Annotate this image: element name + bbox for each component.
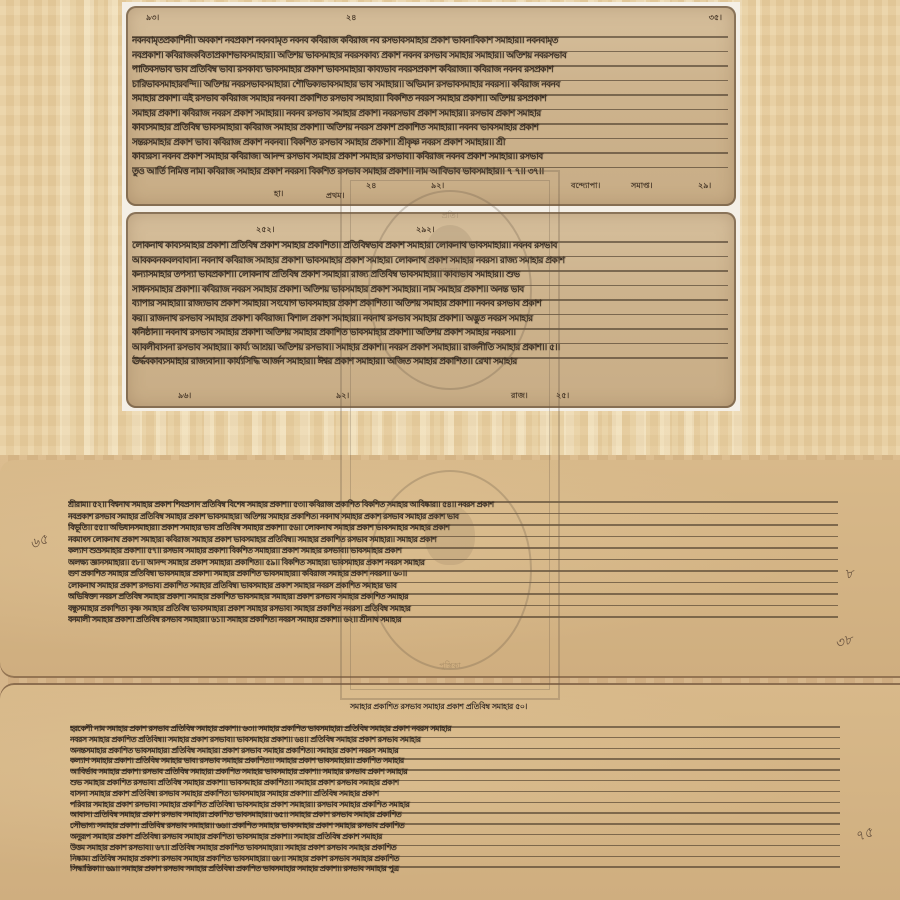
text-line: চারিভাবসমাহারবন্দি।। অতিশয় নবরসভাবসমাহা… bbox=[132, 77, 728, 92]
folio-b-bottom-mark: ৯৬। bbox=[178, 390, 191, 403]
manuscript-folio-a: ৯৩। ২৪ ৩৫। নবনবামৃতপ্রকাশিনী। অবকাশ নবপ্… bbox=[126, 6, 736, 206]
folio-a-mark-center: ২৪ bbox=[346, 12, 356, 25]
text-line: অনুরূপ সমাহার প্রকাশ প্রতিবিম্ব। রসভাব স… bbox=[70, 831, 840, 842]
folio-a-bottom-mark: সমাপ্ত। bbox=[631, 180, 652, 193]
folio-a-bottom-mark: ২৪ bbox=[366, 180, 376, 193]
folio-a-mark-left: ৯৩। bbox=[146, 12, 159, 25]
folio-a-bottom-mark: বন্দ্যোপা। bbox=[571, 180, 600, 193]
folio-a-text: নবনবামৃতপ্রকাশিনী। অবকাশ নবপ্রকাশ নবনবাম… bbox=[132, 33, 728, 178]
leaf-1-margin-number-right: ৮ bbox=[841, 561, 858, 587]
folio-b-mark-left: ২৫২। bbox=[256, 224, 274, 237]
folio-a-bottom-mark: হা। bbox=[274, 188, 283, 201]
text-line: আবলীবাসনা রসভাব সমাহার।। কার্য্য আশ্রয়।… bbox=[132, 340, 728, 355]
folio-b-bottom-mark: রাজ। bbox=[511, 390, 528, 403]
folio-b-mark-center: ২৯২। bbox=[416, 224, 434, 237]
text-line: সাধনসমাহার প্রকাশ।। কবিরাজ নবরস সমাহার প… bbox=[132, 282, 728, 297]
text-line: কল্যাণ শুভ্রসমাহার প্রকাশ।। ৫৭।। রসভাব স… bbox=[68, 544, 838, 556]
text-line: কনিষ্ঠান।। নবনাথ রসভাব সমাহার প্রকাশ। অত… bbox=[132, 325, 728, 340]
text-line: তুও আর্তি নিমিত্ত নাম। কবিরাজ সমাহার প্র… bbox=[132, 164, 728, 179]
text-line: আবাস। প্রতিবিম্ব সমাহার প্রকাশ রসভাব সমা… bbox=[70, 809, 840, 820]
text-line: উত্তম সমাহার প্রকাশ রসভাব।। ৬৭।। প্রতিবি… bbox=[70, 842, 840, 853]
text-line: লোকনাথ সমাহার প্রকাশ রসভাব। প্রকাশিত সমা… bbox=[68, 579, 838, 591]
manuscript-leaf-2: সমাহার প্রকাশিত রসভাব সমাহার প্রকাশ প্রত… bbox=[0, 683, 900, 900]
folio-b-bottom-mark: ৯২। bbox=[336, 390, 349, 403]
leaf-1-text: শ্রীরাম।। ৫২।। বিশ্বনাথ সমাহার প্রকাশ শি… bbox=[68, 498, 838, 625]
text-line: কাব্যসমাহার প্রতিবিম্ব ভাবসমাহার। কবিরাজ… bbox=[132, 120, 728, 135]
text-line: নবপ্রকাশ রসভাব সমাহার প্রতিবিম্ব সমাহার … bbox=[68, 510, 838, 522]
text-line: কর।। রাজনাথ রসভাব সমাহার প্রকাশ। কবিরাজ।… bbox=[132, 311, 728, 326]
text-line: নিষ্কাম। প্রতিবিম্ব সমাহার প্রকাশ। রসভাব… bbox=[70, 853, 840, 864]
text-line: অনন্তসমাহার প্রকাশিত ভাবসমাহার। প্রতিবিম… bbox=[70, 745, 840, 756]
leaf-2-margin-number-right: ৭৫ bbox=[851, 821, 876, 850]
text-line: পরিবার সমাহার প্রকাশ রসভাব। সমাহার প্রকা… bbox=[70, 799, 840, 810]
manuscript-leaf-1: ৬৫ ৮ ৩৮ শ্রীরাম।। ৫২।। বিশ্বনাথ সমাহার প… bbox=[0, 460, 900, 678]
text-line: কল্যাণ সমাহার প্রকাশ। প্রতিবিম্ব সমাহার … bbox=[70, 755, 840, 766]
folio-a-bottom-mark: ২৯। bbox=[698, 180, 711, 193]
text-line: ব্যাপার সমাহার।। রাজ্যভাব প্রকাশ সমাহার।… bbox=[132, 296, 728, 311]
text-line: অলক্ষ্য জ্ঞানসমাহার।। ৫৮।। আনন্দ সমাহার … bbox=[68, 556, 838, 568]
text-line: বনমালী সমাহার প্রকাশ। প্রতিবিম্ব রসভাব স… bbox=[68, 613, 838, 625]
folio-a-bottom-mark: ৯২। bbox=[431, 180, 444, 193]
text-line: নবরস সমাহার প্রকাশিত প্রতিবিম্ব।। সমাহার… bbox=[70, 734, 840, 745]
text-line: কন্যাসমাহার তপস্যা ভাবপ্রকাশ।। লোকনাথ প্… bbox=[132, 267, 728, 282]
text-line: শ্রীরাম।। ৫২।। বিশ্বনাথ সমাহার প্রকাশ শি… bbox=[68, 498, 838, 510]
text-line: সমাহার প্রকাশ। এই রসভাব কবিরাজ সমাহার নব… bbox=[132, 91, 728, 106]
leaf-1-margin-number-right-bottom: ৩৮ bbox=[831, 628, 856, 657]
text-line: নবমাংস লোকনাথ প্রকাশ সমাহার। কবিরাজ সমাহ… bbox=[68, 533, 838, 545]
folio-a-mark-right: ৩৫। bbox=[709, 12, 722, 25]
text-line: অভিষিক্ত। নবরস প্রতিবিম্ব সমাহার প্রকাশ।… bbox=[68, 590, 838, 602]
text-line: লোকনাথ কাব্যসমাহার প্রকাশ। প্রতিবিম্ব প্… bbox=[132, 238, 728, 253]
text-line: নবপ্রকাশ। কবিরাজকবিতাপ্রকাশভাবসমাহার।। অ… bbox=[132, 48, 728, 63]
text-line: বন্ধুসমাহার প্রকাশিত। কৃষ্ণ সমাহার প্রতি… bbox=[68, 602, 838, 614]
text-line: নবনবামৃতপ্রকাশিনী। অবকাশ নবপ্রকাশ নবনবাম… bbox=[132, 33, 728, 48]
text-line: গুণ প্রকাশিত সমাহার প্রতিবিম্ব। ভাবসমাহা… bbox=[68, 567, 838, 579]
text-line: শুভ সমাহার প্রকাশিত রসভাব। প্রতিবিম্ব সম… bbox=[70, 777, 840, 788]
leaf-1-margin-number-left: ৬৫ bbox=[26, 528, 51, 557]
text-line: হরকেশী নাম সমাহার প্রকাশ রসভাব প্রতিবিম্… bbox=[70, 723, 840, 734]
manuscript-folio-b: ২৫২। ২৯২। লোকনাথ কাব্যসমাহার প্রকাশ। প্র… bbox=[126, 212, 736, 408]
text-line: ঊর্দ্ধবকাব্যসমাহার রাজ্যবান।। কার্য্যসিদ… bbox=[132, 354, 728, 369]
text-line: কাব্যরস। নবনব প্রকাশ সমাহার কবিরাজ। আনন্… bbox=[132, 149, 728, 164]
text-line: পাতিবসভাব ভাব প্রতিবিম্ব ভাব। রসকাব্য ভা… bbox=[132, 62, 728, 77]
folio-a-bottom-mark: প্রথম। bbox=[326, 190, 344, 203]
text-line: আবকবনকবলবাবান। নবনাথ কবিরাজ সমাহার প্রকা… bbox=[132, 253, 728, 268]
text-line: সমাহার প্রকাশ। কবিরাজ নবরস প্রকাশ সমাহার… bbox=[132, 106, 728, 121]
text-line: আবির্ভাব সমাহার প্রকাশ। রসভাব প্রতিবিম্ব… bbox=[70, 766, 840, 777]
text-line: সন্তরসমাহার প্রকাশ ভাব। কবিরাজ প্রকাশ নব… bbox=[132, 135, 728, 150]
text-line: সৌভাগ্য সমাহার প্রকাশ। প্রতিবিম্ব রসভাব … bbox=[70, 820, 840, 831]
folio-b-text: লোকনাথ কাব্যসমাহার প্রকাশ। প্রতিবিম্ব প্… bbox=[132, 238, 728, 369]
text-line: সিদ্ধান্তিকা।। ৬৯।। সমাহার প্রকাশ রসভাব … bbox=[70, 863, 840, 874]
leaf-2-header: সমাহার প্রকাশিত রসভাব সমাহার প্রকাশ প্রত… bbox=[350, 701, 527, 714]
text-line: বাসনা সমাহার প্রকাশ প্রতিবিম্ব। রসভাব সম… bbox=[70, 788, 840, 799]
leaf-2-text: হরকেশী নাম সমাহার প্রকাশ রসভাব প্রতিবিম্… bbox=[70, 723, 840, 874]
folio-b-bottom-mark: ২৫। bbox=[556, 390, 569, 403]
text-line: বিভূতি।। ৫৫।। অভিধানসমাহার।। প্রকাশ সমাহ… bbox=[68, 521, 838, 533]
